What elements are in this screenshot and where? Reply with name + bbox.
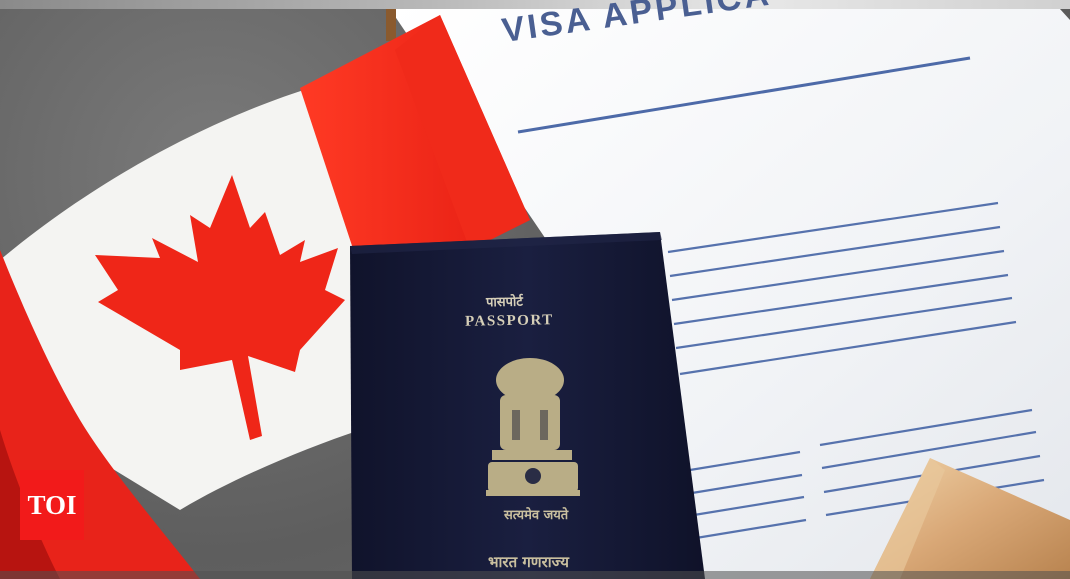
scene-illustration bbox=[0, 0, 1070, 579]
toi-logo: TOI bbox=[20, 470, 84, 540]
passport-title: PASSPORT bbox=[465, 312, 554, 331]
passport-hindi-title: पासपोर्ट bbox=[486, 292, 523, 311]
passport bbox=[350, 232, 705, 579]
bottom-edge bbox=[0, 571, 1070, 579]
passport-motto: सत्यमेव जयते bbox=[504, 505, 568, 523]
passport-country: भारत गणराज्य bbox=[488, 552, 569, 572]
toi-logo-text: TOI bbox=[27, 490, 76, 521]
photo: VISA APPLICA पासपोर्ट PASSPORT सत्यमेव ज… bbox=[0, 0, 1070, 579]
